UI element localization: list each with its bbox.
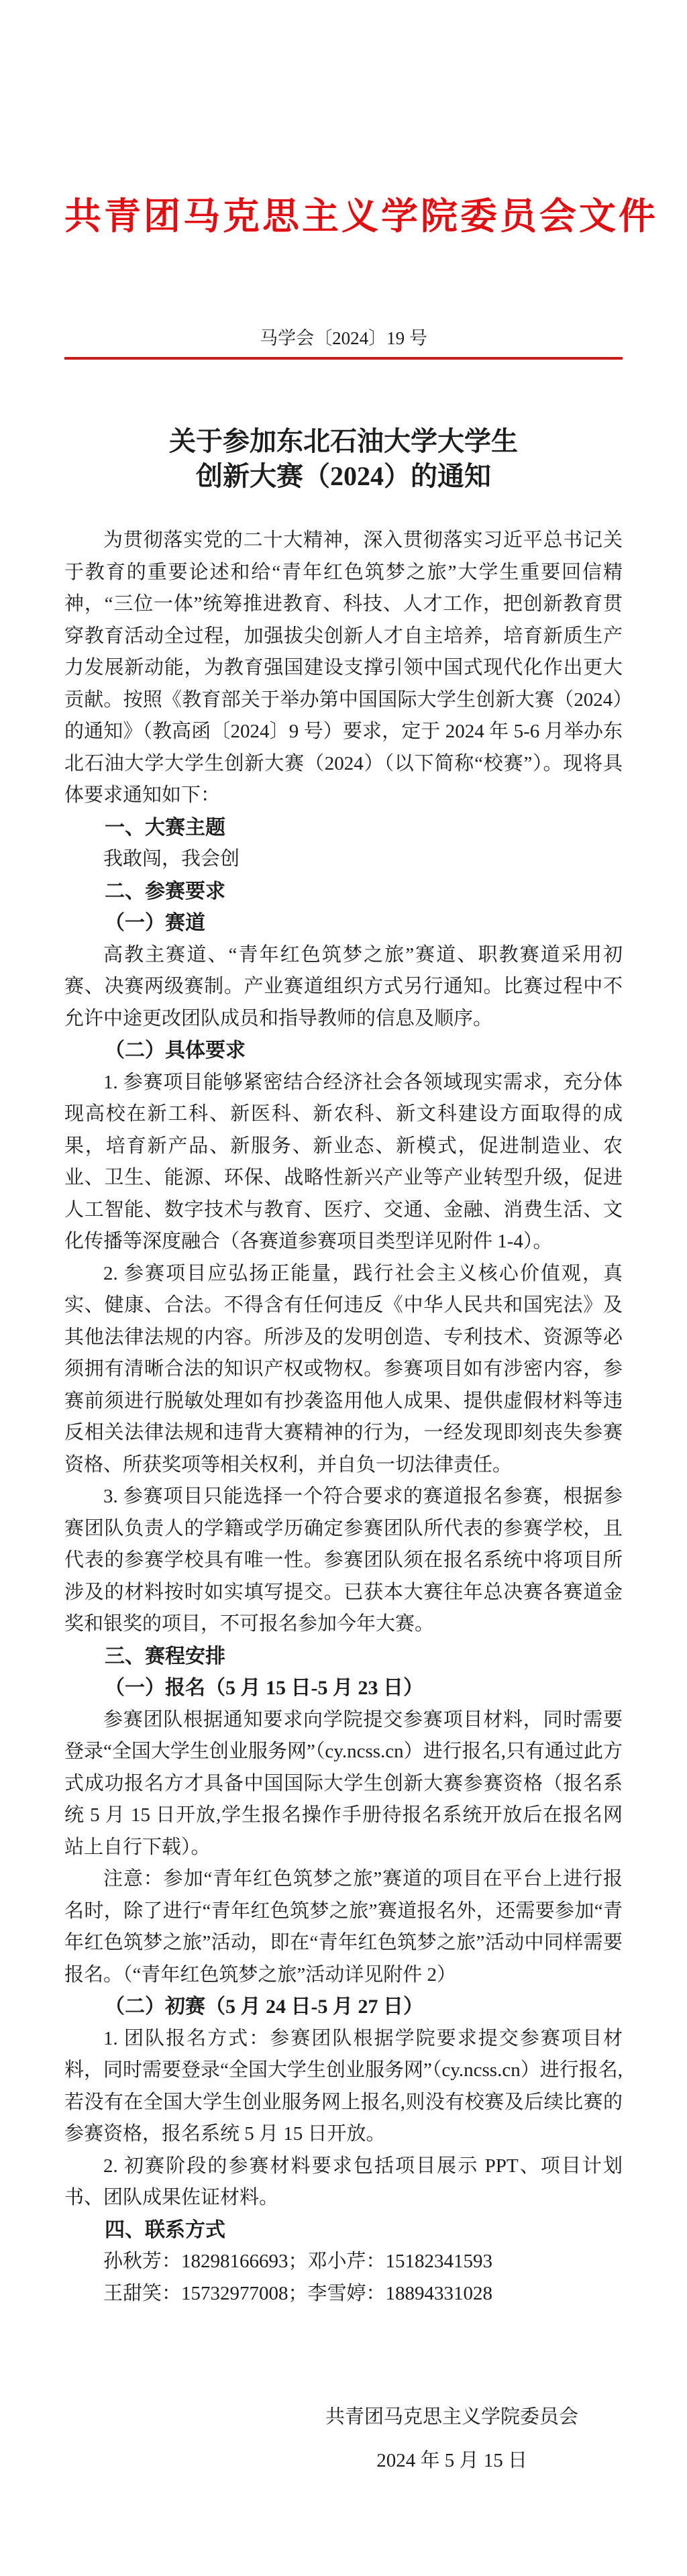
issue-date: 2024 年 5 月 15 日: [64, 2439, 623, 2483]
body-paragraph: 我敢闯，我会创: [64, 843, 623, 876]
red-letterhead-title: 共青团马克思主义学院委员会文件: [64, 0, 623, 236]
section-heading: 二、参赛要求: [64, 876, 623, 908]
body-paragraph: 2. 参赛项目应弘扬正能量，践行社会主义核心价值观，真实、健康、合法。不得含有任…: [64, 1258, 623, 1482]
body-paragraph: 1. 参赛项目能够紧密结合经济社会各领域现实需求，充分体现高校在新工科、新医科、…: [64, 1067, 623, 1258]
section-heading: 四、联系方式: [64, 2214, 623, 2247]
subsection-heading: （一）报名（5 月 15 日-5 月 23 日）: [64, 1672, 623, 1704]
issuing-committee-signature: 共青团马克思主义学院委员会: [64, 2395, 623, 2439]
subsection-heading: （二）初赛（5 月 24 日-5 月 27 日）: [64, 1991, 623, 2023]
document-title-line-2: 创新大赛（2024）的通知: [64, 459, 623, 494]
document-body: 为贯彻落实党的二十大精神，深入贯彻落实习近平总书记关于教育的重要论述和给“青年红…: [64, 525, 623, 2310]
document-number: 马学会〔2024〕19 号: [64, 327, 623, 349]
body-paragraph: 2. 初赛阶段的参赛材料要求包括项目展示 PPT、项目计划书、团队成果佐证材料。: [64, 2151, 623, 2214]
closing-block: 共青团马克思主义学院委员会 2024 年 5 月 15 日: [64, 2395, 623, 2483]
document-title-line-1: 关于参加东北石油大学大学生: [64, 424, 623, 459]
document-page: 共青团马克思主义学院委员会文件 马学会〔2024〕19 号 关于参加东北石油大学…: [0, 0, 687, 2576]
section-heading: 一、大赛主题: [64, 812, 623, 844]
body-paragraph: 1. 团队报名方式：参赛团队根据学院要求提交参赛项目材料，同时需要登录“全国大学…: [64, 2023, 623, 2151]
body-paragraph: 为贯彻落实党的二十大精神，深入贯彻落实习近平总书记关于教育的重要论述和给“青年红…: [64, 525, 623, 812]
subsection-heading: （一）赛道: [64, 907, 623, 939]
body-paragraph: 3. 参赛项目只能选择一个符合要求的赛道报名参赛，根据参赛团队负责人的学籍或学历…: [64, 1481, 623, 1641]
body-paragraph: 孙秋芳：18298166693；邓小芹：15182341593: [64, 2246, 623, 2278]
subsection-heading: （二）具体要求: [64, 1035, 623, 1067]
body-paragraph: 王甜笑：15732977008；李雪婷：18894331028: [64, 2278, 623, 2310]
red-divider-line: [64, 357, 623, 360]
section-heading: 三、赛程安排: [64, 1641, 623, 1673]
body-paragraph: 注意：参加“青年红色筑梦之旅”赛道的项目在平台上进行报名时，除了进行“青年红色筑…: [64, 1863, 623, 1991]
body-paragraph: 参赛团队根据通知要求向学院提交参赛项目材料，同时需要登录“全国大学生创业服务网”…: [64, 1704, 623, 1864]
document-title: 关于参加东北石油大学大学生 创新大赛（2024）的通知: [64, 424, 623, 494]
body-paragraph: 高教主赛道、“青年红色筑梦之旅”赛道、职教赛道采用初赛、决赛两级赛制。产业赛道组…: [64, 939, 623, 1035]
